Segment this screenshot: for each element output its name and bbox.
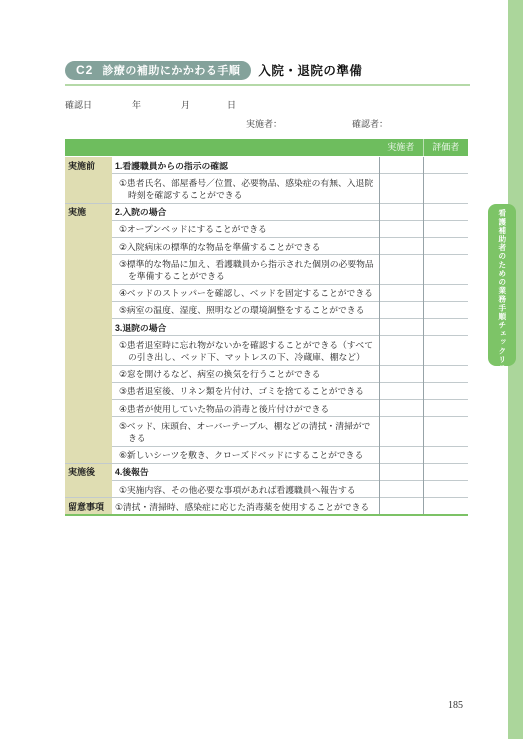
executor-cell <box>379 174 423 203</box>
executor-cell <box>379 336 423 365</box>
checklist-item: ⑥新しいシーツを敷き、クローズドベッドにすることができる <box>112 446 379 463</box>
checklist-item: ②入院病床の標準的な物品を準備することができる <box>112 238 379 255</box>
executor-cell <box>379 463 423 480</box>
executor-cell <box>379 382 423 399</box>
executor-cell <box>379 446 423 463</box>
chapter-tab-label: Ⅲ 看護補助者のための業務手順チェックリスト <box>498 189 506 381</box>
evaluator-cell <box>423 417 468 446</box>
executor-cell <box>379 417 423 446</box>
executor-signature-label: 実施者： <box>246 117 282 130</box>
evaluator-cell <box>423 220 468 237</box>
table-row: ①患者氏名、部屋番号／位置、必要物品、感染症の有無、入退院時刻を確認することがで… <box>65 174 468 203</box>
checklist-item: ①患者退室時に忘れ物がないかを確認することができる（すべての引き出し、ベッド下、… <box>112 336 379 365</box>
evaluator-cell <box>423 481 468 498</box>
evaluator-column-header: 評価者 <box>423 139 468 157</box>
page-number: 185 <box>448 700 463 711</box>
phase-label: 実施前 <box>65 157 112 204</box>
section-heading: 1.看護職員からの指示の確認 <box>112 157 379 174</box>
executor-cell <box>379 301 423 318</box>
table-row: ⑥新しいシーツを敷き、クローズドベッドにすることができる <box>65 446 468 463</box>
chapter-tab: Ⅲ 看護補助者のための業務手順チェックリスト <box>488 204 516 366</box>
executor-cell <box>379 255 423 284</box>
checklist-item: ②窓を開けるなど、病室の換気を行うことができる <box>112 365 379 382</box>
table-row: 実施2.入院の場合 <box>65 203 468 220</box>
checklist-item: ①清拭・清掃時、感染症に応じた消毒薬を使用することができる <box>112 498 379 516</box>
evaluator-cell <box>423 400 468 417</box>
year-label: 年 <box>132 98 141 111</box>
table-row: ④患者が使用していた物品の消毒と後片付けができる <box>65 400 468 417</box>
confirm-date-label: 確認日 <box>65 98 92 111</box>
executor-cell <box>379 157 423 174</box>
evaluator-cell <box>423 446 468 463</box>
phase-label: 実施 <box>65 203 112 463</box>
table-row: 実施前1.看護職員からの指示の確認 <box>65 157 468 174</box>
executor-cell <box>379 284 423 301</box>
table-row: ①患者退室時に忘れ物がないかを確認することができる（すべての引き出し、ベッド下、… <box>65 336 468 365</box>
header-spacer-cell <box>65 139 379 157</box>
checklist-item: ③患者退室後、リネン類を片付け、ゴミを捨てることができる <box>112 382 379 399</box>
section-heading: 4.後報告 <box>112 463 379 480</box>
table-row: ③標準的な物品に加え、看護職員から指示された個別の必要物品を準備することができる <box>65 255 468 284</box>
executor-cell <box>379 481 423 498</box>
checklist-item: ①実施内容、その他必要な事項があれば看護職員へ報告する <box>112 481 379 498</box>
table-row: ⑤ベッド、床頭台、オーバーテーブル、棚などの清拭・清掃ができる <box>65 417 468 446</box>
confirmer-signature-label: 確認者： <box>352 117 388 130</box>
checklist-item: ④ベッドのストッパーを確認し、ベッドを固定することができる <box>112 284 379 301</box>
chapter-title: 診療の補助にかかわる手順 <box>102 62 240 78</box>
checklist-item: ⑤病室の温度、湿度、照明などの環境調整をすることができる <box>112 301 379 318</box>
table-row: ①実施内容、その他必要な事項があれば看護職員へ報告する <box>65 481 468 498</box>
executor-cell <box>379 319 423 336</box>
evaluator-cell <box>423 174 468 203</box>
evaluator-cell <box>423 203 468 220</box>
evaluator-cell <box>423 319 468 336</box>
table-row: 実施後4.後報告 <box>65 463 468 480</box>
checklist-item: ⑤ベッド、床頭台、オーバーテーブル、棚などの清拭・清掃ができる <box>112 417 379 446</box>
checklist-item: ③標準的な物品に加え、看護職員から指示された個別の必要物品を準備することができる <box>112 255 379 284</box>
evaluator-cell <box>423 284 468 301</box>
section-heading: 3.退院の場合 <box>112 319 379 336</box>
executor-cell <box>379 498 423 516</box>
executor-cell <box>379 203 423 220</box>
evaluator-cell <box>423 157 468 174</box>
checklist-item: ①患者氏名、部屋番号／位置、必要物品、感染症の有無、入退院時刻を確認することがで… <box>112 174 379 203</box>
executor-cell <box>379 238 423 255</box>
executor-cell <box>379 365 423 382</box>
table-row: ③患者退室後、リネン類を片付け、ゴミを捨てることができる <box>65 382 468 399</box>
executor-cell <box>379 220 423 237</box>
checklist-item: ④患者が使用していた物品の消毒と後片付けができる <box>112 400 379 417</box>
table-row: ①オープンベッドにすることができる <box>65 220 468 237</box>
table-row: ②入院病床の標準的な物品を準備することができる <box>65 238 468 255</box>
page-title: 入院・退院の準備 <box>258 61 362 79</box>
phase-label: 実施後 <box>65 463 112 497</box>
title-underline <box>65 84 470 86</box>
phase-label: 留意事項 <box>65 498 112 516</box>
evaluator-cell <box>423 301 468 318</box>
table-row: 留意事項①清拭・清掃時、感染症に応じた消毒薬を使用することができる <box>65 498 468 516</box>
evaluator-cell <box>423 365 468 382</box>
table-row: ④ベッドのストッパーを確認し、ベッドを固定することができる <box>65 284 468 301</box>
checklist-table: 実施者 評価者 実施前1.看護職員からの指示の確認①患者氏名、部屋番号／位置、必… <box>65 139 468 516</box>
section-heading: 2.入院の場合 <box>112 203 379 220</box>
table-row: ⑤病室の温度、湿度、照明などの環境調整をすることができる <box>65 301 468 318</box>
evaluator-cell <box>423 463 468 480</box>
executor-cell <box>379 400 423 417</box>
chapter-badge: C2 診療の補助にかかわる手順 <box>65 61 251 80</box>
evaluator-cell <box>423 336 468 365</box>
table-row: 3.退院の場合 <box>65 319 468 336</box>
table-row: ②窓を開けるなど、病室の換気を行うことができる <box>65 365 468 382</box>
checklist-item: ①オープンベッドにすることができる <box>112 220 379 237</box>
evaluator-cell <box>423 498 468 516</box>
evaluator-cell <box>423 382 468 399</box>
month-label: 月 <box>181 98 190 111</box>
checklist-table-header: 実施者 評価者 <box>65 139 468 157</box>
executor-column-header: 実施者 <box>379 139 423 157</box>
evaluator-cell <box>423 238 468 255</box>
section-header: C2 診療の補助にかかわる手順 入院・退院の準備 <box>65 60 362 80</box>
day-label: 日 <box>227 98 236 111</box>
chapter-edge-strip <box>508 0 523 739</box>
chapter-code: C2 <box>76 63 93 77</box>
evaluator-cell <box>423 255 468 284</box>
